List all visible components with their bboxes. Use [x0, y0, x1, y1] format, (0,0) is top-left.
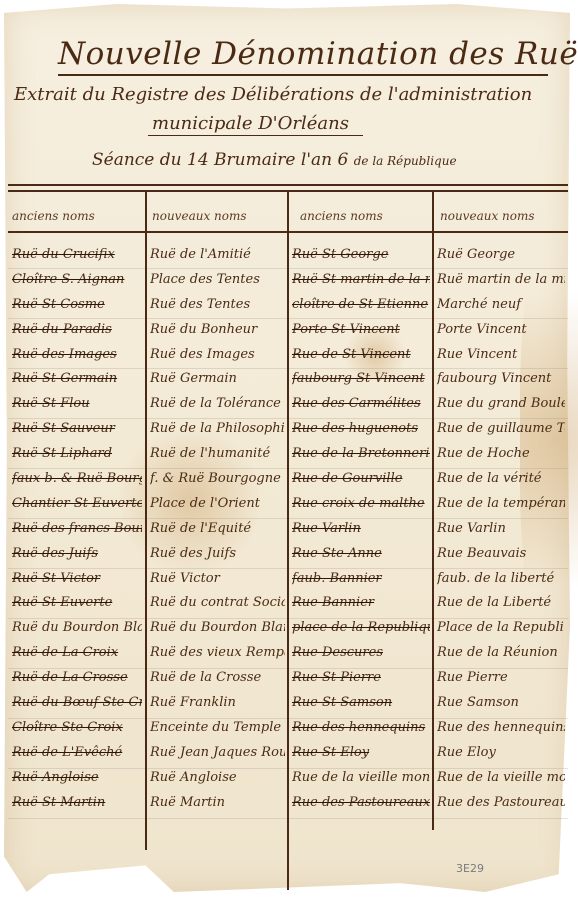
table-cell: Chantier St Euverte: [12, 492, 142, 517]
table-cell: Rue de St Vincent: [292, 343, 430, 368]
header-nouveaux-noms-2: nouveaux noms: [440, 209, 535, 223]
header-anciens-noms-2: anciens noms: [300, 209, 383, 223]
table-cell: Rue Pierre: [437, 666, 565, 691]
table-cell: Ruë de la Tolérance: [150, 392, 285, 417]
table-cell: Rue des huguenots: [292, 417, 430, 442]
subtitle-line-2: municipale D'Orléans: [148, 113, 363, 136]
table-cell: Rue Varlin: [437, 517, 565, 542]
table-cell: Ruë du Bonheur: [150, 318, 285, 343]
table-cell: Rue Beauvais: [437, 542, 565, 567]
table-cell: Ruë Angloise: [150, 766, 285, 791]
table-cell: Ruë George: [437, 243, 565, 268]
table-cell: Ruë St Euverte: [12, 591, 142, 616]
table-cell: Enceinte du Temple: [150, 716, 285, 741]
table-cell: Rue de Hoche: [437, 442, 565, 467]
table-cell: Ruë Jean Jaques Rousseau: [150, 741, 285, 766]
table-cell: faubourg St Vincent: [292, 367, 430, 392]
table-cell: Rue Vincent: [437, 343, 565, 368]
table-cell: Ruë de La Crosse: [12, 666, 142, 691]
table-cell: Rue St Eloy: [292, 741, 430, 766]
table-cell: Ruë de la Philosophie: [150, 417, 285, 442]
table-cell: Ruë du Crucifix: [12, 243, 142, 268]
table-cell: Ruë de l'Amitié: [150, 243, 285, 268]
table-cell: place de la Republique: [292, 616, 430, 641]
table-cell: Ruë Franklin: [150, 691, 285, 716]
column-divider: [145, 190, 147, 850]
table-cell: Ruë Angloise: [12, 766, 142, 791]
table-cell: Porte St Vincent: [292, 318, 430, 343]
table-cell: Ruë des Images: [150, 343, 285, 368]
table-cell: Ruë du Bourdon Blanc: [150, 616, 285, 641]
column-divider: [432, 190, 434, 830]
table-cell: Ruë du Bœuf Ste Croix: [12, 691, 142, 716]
header-rule: [8, 231, 568, 233]
seance-text: Séance du 14 Brumaire l'an 6: [92, 150, 348, 170]
column-left-new: Ruë de l'Amitié Place des Tentes Ruë des…: [150, 243, 285, 815]
table-cell: faubourg Vincent: [437, 367, 565, 392]
table-cell: Ruë des Tentes: [150, 293, 285, 318]
table-cell: Rue de guillaume Tell: [437, 417, 565, 442]
table-cell: Ruë St Flou: [12, 392, 142, 417]
table-cell: Ruë de La Croix: [12, 641, 142, 666]
table-cell: Ruë de la Crosse: [150, 666, 285, 691]
table-cell: Ruë des vieux Remparts: [150, 641, 285, 666]
table-cell: Ruë du Paradis: [12, 318, 142, 343]
table-cell: Rue des hennequins: [292, 716, 430, 741]
double-rule-top: [8, 184, 568, 186]
table-cell: Rue de la Liberté: [437, 591, 565, 616]
header-nouveaux-noms-1: nouveaux noms: [152, 209, 247, 223]
table-cell: f. & Ruë Bourgogne: [150, 467, 285, 492]
table-cell: Ruë des francs Bourgeois: [12, 517, 142, 542]
table-cell: Ruë St Cosme: [12, 293, 142, 318]
column-right-old: Ruë St George Ruë St martin de la mine c…: [292, 243, 430, 815]
table-cell: Rue Descures: [292, 641, 430, 666]
table-cell: Cloître S. Aignan: [12, 268, 142, 293]
table-cell: Rue des Pastoureaux: [292, 791, 430, 816]
header-anciens-noms-1: anciens noms: [12, 209, 95, 223]
table-cell: Ruë St Victor: [12, 567, 142, 592]
table-cell: Ruë St Liphard: [12, 442, 142, 467]
table-cell: Ruë St Sauveur: [12, 417, 142, 442]
table-cell: Ruë de l'humanité: [150, 442, 285, 467]
table-cell: Ruë St Martin: [12, 791, 142, 816]
table-cell: Ruë des Juifs: [150, 542, 285, 567]
table-cell: Rue des Carmélites: [292, 392, 430, 417]
table-cell: Rue Ste Anne: [292, 542, 430, 567]
table-cell: Rue Varlin: [292, 517, 430, 542]
table-cell: Rue Eloy: [437, 741, 565, 766]
table-cell: Ruë des Images: [12, 343, 142, 368]
table-cell: Rue croix de malthe: [292, 492, 430, 517]
table-cell: Rue Bannier: [292, 591, 430, 616]
table-cell: Marché neuf: [437, 293, 565, 318]
table-cell: cloître de St Etienne: [292, 293, 430, 318]
table-cell: Place de l'Orient: [150, 492, 285, 517]
table-cell: Ruë de L'Evêché: [12, 741, 142, 766]
table-cell: Ruë Victor: [150, 567, 285, 592]
table-cell: Porte Vincent: [437, 318, 565, 343]
table-cell: Rue de la vieille monnoye: [437, 766, 565, 791]
table-cell: Rue de la vieille monnoye: [292, 766, 430, 791]
table-cell: Ruë martin de la mine: [437, 268, 565, 293]
table-cell: Rue de Gourville: [292, 467, 430, 492]
archive-number: 3E29: [456, 862, 484, 875]
table-cell: Ruë St Germain: [12, 367, 142, 392]
table-cell: Rue de la Réunion: [437, 641, 565, 666]
column-divider: [287, 190, 289, 890]
table-cell: Ruë St martin de la mine: [292, 268, 430, 293]
table-cell: Rue de la Bretonnerie: [292, 442, 430, 467]
column-left-old: Ruë du Crucifix Cloître S. Aignan Ruë St…: [12, 243, 142, 815]
table-cell: Rue des hennequins: [437, 716, 565, 741]
table-cell: Cloître Ste Croix: [12, 716, 142, 741]
table-cell: Rue du grand Boulevard: [437, 392, 565, 417]
table-cell: Rue Samson: [437, 691, 565, 716]
table-cell: Ruë St George: [292, 243, 430, 268]
table-cell: Rue St Samson: [292, 691, 430, 716]
table-cell: Rue de la vérité: [437, 467, 565, 492]
table-cell: Ruë Germain: [150, 367, 285, 392]
column-right-new: Ruë George Ruë martin de la mine Marché …: [437, 243, 565, 815]
table-cell: Ruë du contrat Social: [150, 591, 285, 616]
document-title: Nouvelle Dénomination des Ruës: [58, 36, 548, 76]
seance-suffix: de la République: [354, 154, 457, 168]
table-cell: Rue des Pastoureaux: [437, 791, 565, 816]
table-cell: Rue de la tempérance: [437, 492, 565, 517]
table-cell: Rue St Pierre: [292, 666, 430, 691]
table-cell: Ruë des Juifs: [12, 542, 142, 567]
subtitle-line-1: Extrait du Registre des Délibérations de…: [14, 84, 532, 105]
table-cell: Ruë du Bourdon Blanc: [12, 616, 142, 641]
table-cell: faux b. & Ruë Bourgogne: [12, 467, 142, 492]
table-cell: Place des Tentes: [150, 268, 285, 293]
table-cell: Place de la Republique: [437, 616, 565, 641]
table-cell: faub. Bannier: [292, 567, 430, 592]
table-cell: Ruë de l'Equité: [150, 517, 285, 542]
seance-date: Séance du 14 Brumaire l'an 6 de la Répub…: [92, 150, 457, 170]
table-cell: faub. de la liberté: [437, 567, 565, 592]
table-cell: Ruë Martin: [150, 791, 285, 816]
